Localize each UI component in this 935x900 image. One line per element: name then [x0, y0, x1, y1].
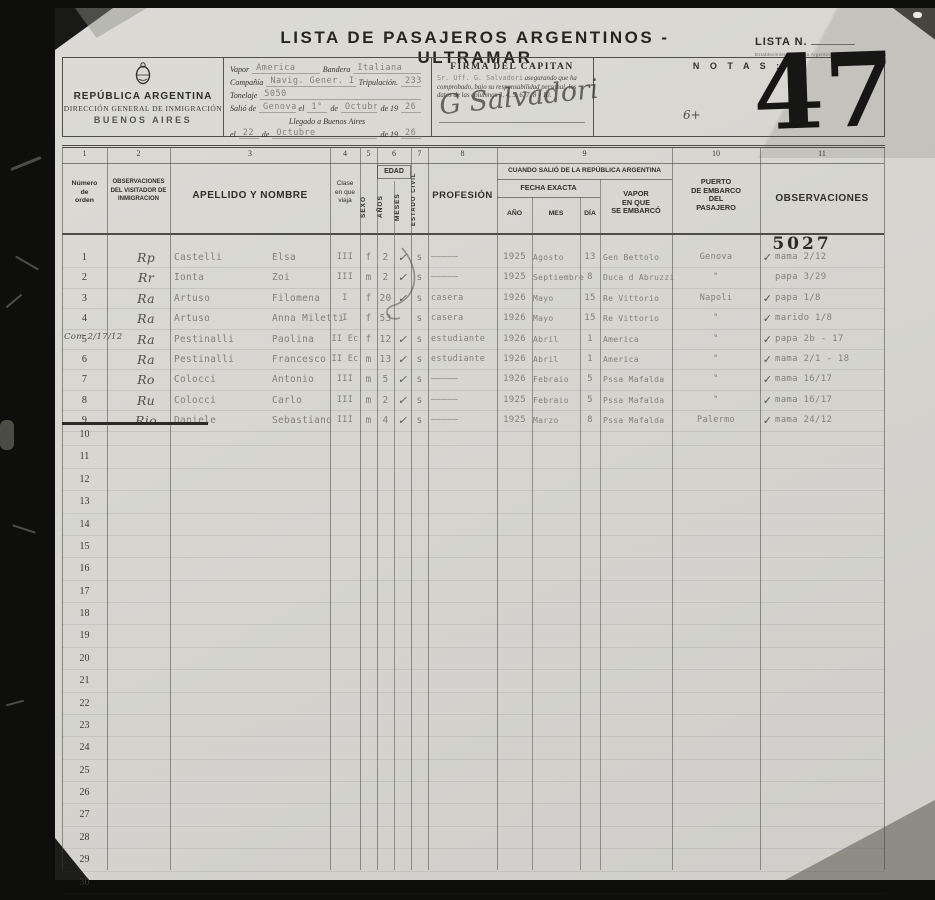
profession-cell: casera [431, 289, 497, 308]
form-line-llegado-fecha: el 22 de Octubre de 19 26 [230, 127, 424, 139]
passenger-row: 5 Com 2/17/12 Ra Pestinalli Paolina II E… [62, 330, 885, 350]
class-cell: III [330, 268, 360, 287]
order-number-cell: 13 [62, 491, 107, 512]
empty-row: 28 [62, 827, 885, 849]
departure-day-cell: 8 [580, 268, 600, 287]
compania-value: Navig. Gener. Ital. [266, 76, 355, 87]
order-number-cell: 22 [62, 693, 107, 714]
observations-cell: papa 2b - 17 [775, 330, 883, 349]
surname-cell: Artuso [174, 309, 270, 328]
llegado-month-value: Octubre [272, 128, 377, 139]
empty-row: 24 [62, 737, 885, 759]
llegado-label: Llegado a Buenos Aires [289, 117, 365, 126]
form-line-tonelaje: Tonelaje 5050 [230, 88, 424, 100]
profession-cell: ————— [431, 391, 497, 410]
class-cell: II Ec [330, 350, 360, 369]
col-number: 3 [170, 149, 330, 158]
tripulacion-value: 233 [401, 76, 421, 87]
header-vapor-embarco: VAPOR EN QUE SE EMBARCÓ [600, 190, 672, 216]
visitor-mark-cell: Ra [124, 289, 168, 308]
departure-month-cell: Agosto [533, 248, 580, 267]
departure-day-cell: 15 [580, 309, 600, 328]
order-number-cell: 10 [62, 424, 107, 445]
salio-month-value: Octubre [341, 102, 378, 113]
sex-cell: f [360, 248, 377, 267]
age-years-cell: 5 [377, 370, 394, 389]
form-line-salio: Salió de Genova el 1° de Octubre de 19 2… [230, 101, 424, 113]
llegado-year-value: 26 [401, 128, 421, 139]
sex-cell: f [360, 309, 377, 328]
profession-cell: ————— [431, 268, 497, 287]
empty-row: 17 [62, 581, 885, 603]
header-meses: MESES [394, 184, 411, 230]
visitor-mark-cell: Ru [124, 391, 168, 410]
sex-cell: f [360, 289, 377, 308]
observations-cell: mama 16/17 [775, 370, 883, 389]
header-sexo: SEXO [360, 183, 377, 231]
departure-year-cell: 1926 [497, 350, 532, 369]
empty-row: 30 [62, 872, 885, 894]
order-number-cell: 19 [62, 625, 107, 646]
surname-cell: Ionta [174, 268, 270, 287]
profession-cell: estudiante [431, 330, 497, 349]
departure-year-cell: 1925 [497, 248, 532, 267]
obs-checkmark-cell: ✓ [761, 391, 774, 410]
header-profesion: PROFESIÓN [428, 190, 497, 201]
surname-cell: Colocci [174, 370, 270, 389]
order-number-cell: 11 [62, 446, 107, 467]
empty-row: 22 [62, 693, 885, 715]
obs-checkmark-cell: ✓ [761, 370, 774, 389]
embark-port-cell: Genova [672, 248, 760, 267]
tripulacion-label: Tripulación. [359, 78, 398, 87]
obs-checkmark-cell: ✓ [761, 248, 774, 267]
embark-port-cell: " [672, 391, 760, 410]
departure-vapor-cell: Re Vittorio [603, 289, 673, 308]
order-number-cell: 18 [62, 603, 107, 624]
grid-line [497, 179, 672, 180]
departure-vapor-cell: Pssa Mafalda [603, 391, 673, 410]
class-cell: III [330, 248, 360, 267]
departure-month-cell: Septiembre [533, 268, 580, 287]
departure-year-cell: 1926 [497, 309, 532, 328]
obs-checkmark-cell: ✓ [761, 309, 774, 328]
header-numero-orden: Número de orden [62, 180, 107, 206]
civil-status-cell: s [411, 350, 428, 369]
departure-day-cell: 1 [580, 350, 600, 369]
obs-checkmark-cell: ✓ [761, 350, 774, 369]
empty-row: 10 [62, 424, 885, 446]
empty-row: 14 [62, 514, 885, 536]
salio-day-value: 1° [307, 102, 327, 113]
profession-cell: casera [431, 309, 497, 328]
embark-port-cell: " [672, 350, 760, 369]
captain-typed-name: Sr. Uff. G. Salvadori [437, 74, 523, 82]
header-cuando-salio: CUANDO SALIÓ DE LA REPÚBLICA ARGENTINA [499, 167, 670, 176]
departure-day-cell: 1 [580, 330, 600, 349]
observations-cell: papa 3/29 [775, 268, 883, 287]
form-line-compania: Compañía Navig. Gener. Ital. Tripulación… [230, 75, 424, 87]
passenger-row: 3 Ra Artuso Filomena I f 20 ✓ s casera 1… [62, 289, 885, 309]
de2-label: de [262, 130, 270, 139]
empty-row: 11 [62, 446, 885, 468]
empty-rows: 10 11 12 13 14 15 16 17 18 19 [62, 424, 885, 894]
observations-cell: marido 1/8 [775, 309, 883, 328]
departure-year-cell: 1926 [497, 289, 532, 308]
order-number-cell: 16 [62, 558, 107, 579]
tonelaje-label: Tonelaje [230, 91, 257, 100]
checkmark-cell: ✓ [394, 370, 411, 389]
empty-row: 19 [62, 625, 885, 647]
passenger-table: 1 2 3 4 5 6 7 8 9 10 11 Número de orden … [62, 145, 885, 870]
surname-cell: Colocci [174, 391, 270, 410]
visitor-mark-cell: Ro [124, 370, 168, 389]
header-dia: DÍA [580, 210, 600, 219]
surname-cell: Castelli [174, 248, 270, 267]
passenger-row: 6 Ra Pestinalli Francesco II Ec m 13 ✓ s… [62, 350, 885, 370]
observations-cell: mama 2/12 [775, 248, 883, 267]
sex-cell: m [360, 350, 377, 369]
order-number-cell: 30 [62, 872, 107, 893]
departure-year-cell: 1926 [497, 330, 532, 349]
departure-month-cell: Mayo [533, 289, 580, 308]
order-number-cell: 29 [62, 849, 107, 870]
order-number-cell: 28 [62, 827, 107, 848]
empty-row: 18 [62, 603, 885, 625]
civil-status-cell: s [411, 391, 428, 410]
departure-vapor-cell: America [603, 330, 673, 349]
profession-cell: estudiante [431, 350, 497, 369]
departure-vapor-cell: Re Vittorio [603, 309, 673, 328]
col-number: 6 [377, 149, 411, 158]
grid-line [497, 197, 600, 198]
empty-row: 15 [62, 536, 885, 558]
country-name: REPÚBLICA ARGENTINA [63, 91, 223, 102]
empty-row: 12 [62, 469, 885, 491]
salio-year-value: 26 [401, 102, 421, 113]
sex-cell: m [360, 370, 377, 389]
embark-port-cell: Napoli [672, 289, 760, 308]
col-number: 4 [330, 149, 360, 158]
corner-fold-top-left-2 [75, 8, 147, 38]
coat-of-arms-icon [133, 61, 153, 85]
col-number: 2 [107, 149, 170, 158]
el2-label: el [230, 130, 236, 139]
departure-day-cell: 15 [580, 289, 600, 308]
office-name: DIRECCIÓN GENERAL DE INMIGRACIÓN [63, 104, 223, 113]
de19b-label: de 19 [380, 130, 398, 139]
passenger-row: 4 Ra Artuso Anna Miletti I f 53 s casera… [62, 309, 885, 329]
departure-year-cell: 1925 [497, 268, 532, 287]
llegado-day-value: 22 [239, 128, 259, 139]
salio-label: Salió de [230, 104, 256, 113]
order-number-cell: 24 [62, 737, 107, 758]
document-page: LISTA DE PASAJEROS ARGENTINOS - ULTRAMAR… [55, 8, 935, 880]
departure-vapor-cell: Pssa Mafalda [603, 370, 673, 389]
empty-row: 13 [62, 491, 885, 513]
scan-speck [913, 12, 922, 18]
order-number-cell: 23 [62, 715, 107, 736]
visitor-mark-cell: Rr [124, 268, 168, 287]
col-number: 10 [672, 149, 760, 158]
civil-status-cell: s [411, 370, 428, 389]
visitor-mark-cell: Ra [124, 330, 168, 349]
passenger-row: 8 Ru Colocci Carlo III m 2 ✓ s ————— 192… [62, 391, 885, 411]
visitor-mark-cell: Rp [124, 248, 168, 267]
vapor-value: America [252, 63, 320, 74]
civil-status-cell: s [411, 330, 428, 349]
order-number-cell: 15 [62, 536, 107, 557]
grid-line [62, 163, 884, 164]
departure-month-cell: Abril [533, 330, 580, 349]
visitor-mark-cell: Ra [124, 350, 168, 369]
header-observaciones: OBSERVACIONES [760, 193, 884, 204]
visitor-mark-cell: Ra [124, 309, 168, 328]
empty-row: 26 [62, 782, 885, 804]
header-clase: Clase en que viaja [330, 180, 360, 206]
departure-month-cell: Febraio [533, 370, 580, 389]
form-line-vapor: Vapor America Bandera Italiana [230, 62, 424, 74]
checkmark-cell: ✓ [394, 330, 411, 349]
profession-cell: ————— [431, 370, 497, 389]
departure-vapor-cell: Duca d Abruzzi [603, 268, 673, 287]
scan-artifact [6, 294, 23, 308]
observations-cell: papa 1/8 [775, 289, 883, 308]
order-number-cell: 14 [62, 514, 107, 535]
age-years-cell: 12 [377, 330, 394, 349]
profession-cell: ————— [431, 248, 497, 267]
departure-day-cell: 5 [580, 370, 600, 389]
el-label: el [299, 104, 305, 113]
col-number: 7 [411, 149, 428, 158]
order-number-cell: 26 [62, 782, 107, 803]
passenger-row: 7 Ro Colocci Antonio III m 5 ✓ s ————— 1… [62, 370, 885, 390]
header-ano: AÑO [497, 210, 532, 219]
order-number-cell: 25 [62, 760, 107, 781]
class-cell: III [330, 391, 360, 410]
header-puerto-embarco: PUERTO DE EMBARCO DEL PASAJERO [672, 178, 760, 212]
surname-cell: Pestinalli [174, 350, 270, 369]
scan-artifact [15, 256, 39, 271]
compania-label: Compañía [230, 78, 263, 87]
empty-row: 27 [62, 804, 885, 826]
city-name: BUENOS AIRES [63, 115, 223, 125]
header-observaciones-visitador: OBSERVACIONES DEL VISITADOR DE INMIGRACI… [107, 178, 170, 204]
list-number-stamp: 47 [751, 42, 896, 143]
empty-row: 16 [62, 558, 885, 580]
sex-cell: m [360, 268, 377, 287]
checkmark-cell: ✓ [394, 350, 411, 369]
embark-port-cell: " [672, 370, 760, 389]
tonelaje-value: 5050 [260, 89, 421, 100]
departure-day-cell: 5 [580, 391, 600, 410]
issuing-authority-block: REPÚBLICA ARGENTINA DIRECCIÓN GENERAL DE… [63, 58, 223, 136]
col-number: 1 [62, 149, 107, 158]
header-edad: EDAD [377, 165, 411, 179]
departure-month-cell: Febraio [533, 391, 580, 410]
obs-checkmark-cell: ✓ [761, 330, 774, 349]
departure-year-cell: 1925 [497, 391, 532, 410]
signature-rule [439, 122, 585, 123]
empty-row: 25 [62, 760, 885, 782]
bandera-label: Bandera [323, 65, 351, 74]
departure-vapor-cell: Gen Bettolo [603, 248, 673, 267]
salio-port-value: Genova [259, 102, 296, 113]
col-number: 9 [497, 149, 672, 158]
scan-artifact [0, 420, 14, 450]
de19-label: de 19 [380, 104, 398, 113]
age-years-cell: 2 [377, 391, 394, 410]
scan-artifact [11, 156, 42, 171]
scan-artifact [6, 700, 24, 707]
sex-cell: f [360, 330, 377, 349]
empty-row: 23 [62, 715, 885, 737]
observations-cell: mama 16/17 [775, 391, 883, 410]
empty-row: 20 [62, 648, 885, 670]
obs-checkmark-cell [761, 268, 774, 287]
departure-vapor-cell: America [603, 350, 673, 369]
col-number: 8 [428, 149, 497, 158]
vapor-label: Vapor [230, 65, 249, 74]
class-cell: I [330, 309, 360, 328]
obs-checkmark-cell: ✓ [761, 289, 774, 308]
header-anos: AÑOS [377, 184, 394, 230]
surname-cell: Artuso [174, 289, 270, 308]
surname-cell: Pestinalli [174, 330, 270, 349]
observations-cell: mama 2/1 - 18 [775, 350, 883, 369]
class-cell: III [330, 370, 360, 389]
scan-artifact [12, 524, 35, 533]
col-number: 5 [360, 149, 377, 158]
class-cell: II Ec [330, 330, 360, 349]
embark-port-cell: " [672, 268, 760, 287]
empty-row: 29 [62, 849, 885, 871]
handwritten-corner-note: 6+ [683, 108, 701, 122]
departure-month-cell: Abril [533, 350, 580, 369]
captain-signature-block: FIRMA DEL CAPITAN Sr. Uff. G. Salvadori … [431, 58, 593, 136]
passenger-row: 1 Rp Castelli Elsa III f 2 ✓ s ————— 192… [62, 248, 885, 268]
checkmark-cell: ✓ [394, 391, 411, 410]
header-mes: MES [532, 210, 580, 219]
order-number-cell: 17 [62, 581, 107, 602]
departure-day-cell: 13 [580, 248, 600, 267]
embark-port-cell: " [672, 309, 760, 328]
header-estado-civil: ESTADO CIVIL [411, 168, 428, 230]
ship-form-block: Vapor America Bandera Italiana Compañía … [223, 58, 431, 136]
age-years-cell: 13 [377, 350, 394, 369]
empty-row: 21 [62, 670, 885, 692]
form-line-llegado: Llegado a Buenos Aires [230, 114, 424, 126]
pen-stroke [380, 246, 425, 331]
embark-port-cell: " [672, 330, 760, 349]
passenger-row: 2 Rr Ionta Zoi III m 2 ✓ s ————— 1925 Se… [62, 268, 885, 288]
departure-year-cell: 1926 [497, 370, 532, 389]
departure-month-cell: Mayo [533, 309, 580, 328]
de-label: de [330, 104, 338, 113]
sex-cell: m [360, 391, 377, 410]
order-number-cell: 12 [62, 469, 107, 490]
header-fecha-exacta: FECHA EXACTA [497, 184, 600, 193]
captain-block-title: FIRMA DEL CAPITAN [431, 62, 593, 72]
order-number-cell: 20 [62, 648, 107, 669]
header-apellido-nombre: APELLIDO Y NOMBRE [170, 190, 330, 201]
order-number-cell: 21 [62, 670, 107, 691]
order-number-cell: 27 [62, 804, 107, 825]
class-cell: I [330, 289, 360, 308]
bandera-value: Italiana [353, 63, 421, 74]
passenger-rows: 1 Rp Castelli Elsa III f 2 ✓ s ————— 192… [62, 248, 885, 432]
